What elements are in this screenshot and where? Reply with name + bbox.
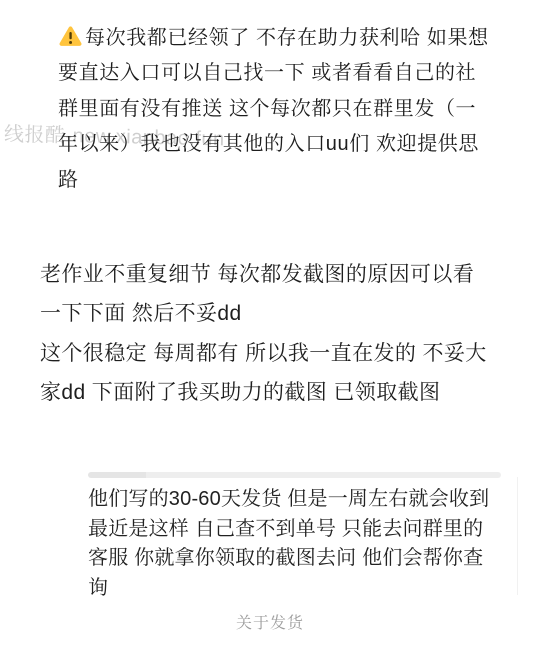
screenshot-right-edge [517,477,518,595]
text-line: 这个很稳定 每周都有 所以我一直在发的 不妥大 [40,334,487,373]
text-line: 老作业不重复细节 每次都发截图的原因可以看 [40,255,487,294]
text-line: 路 [58,163,489,198]
text-line: 客服 你就拿你领取的截图去问 他们会帮你查 [88,544,489,574]
shipping-caption: 关于发货 [0,610,540,633]
post-screenshot: 线报酷-new.xianbao.fun 每次我都已经领了 不存在助力获利哈 如果… [0,0,540,650]
warning-paragraph: 每次我都已经领了 不存在助力获利哈 如果想 要直达入口可以自己找一下 或者看看自… [58,21,489,198]
text-line: 询 [88,574,489,604]
text-line: 要直达入口可以自己找一下 或者看看自己的社 [58,56,489,91]
text-line: 他们写的30-60天发货 但是一周左右就会收到 [88,485,489,515]
screenshot-top-divider [88,472,501,478]
text-line: 家dd 下面附了我买助力的截图 已领取截图 [40,373,487,412]
text-line: 一下下面 然后不妥dd [40,294,487,333]
text-line: 每次我都已经领了 不存在助力获利哈 如果想 [58,21,489,56]
warning-icon [58,24,83,46]
shipping-note-paragraph: 他们写的30-60天发货 但是一周左右就会收到 最近是这样 自己查不到单号 只能… [88,485,489,603]
text-line: 年以来）我也没有其他的入口uu们 欢迎提供思 [58,127,489,162]
text-line: 群里面有没有推送 这个每次都只在群里发（一 [58,92,489,127]
notes-paragraph: 老作业不重复细节 每次都发截图的原因可以看 一下下面 然后不妥dd 这个很稳定 … [40,255,487,413]
text-line-content: 每次我都已经领了 不存在助力获利哈 如果想 [85,27,489,49]
text-line: 最近是这样 自己查不到单号 只能去问群里的 [88,515,489,545]
